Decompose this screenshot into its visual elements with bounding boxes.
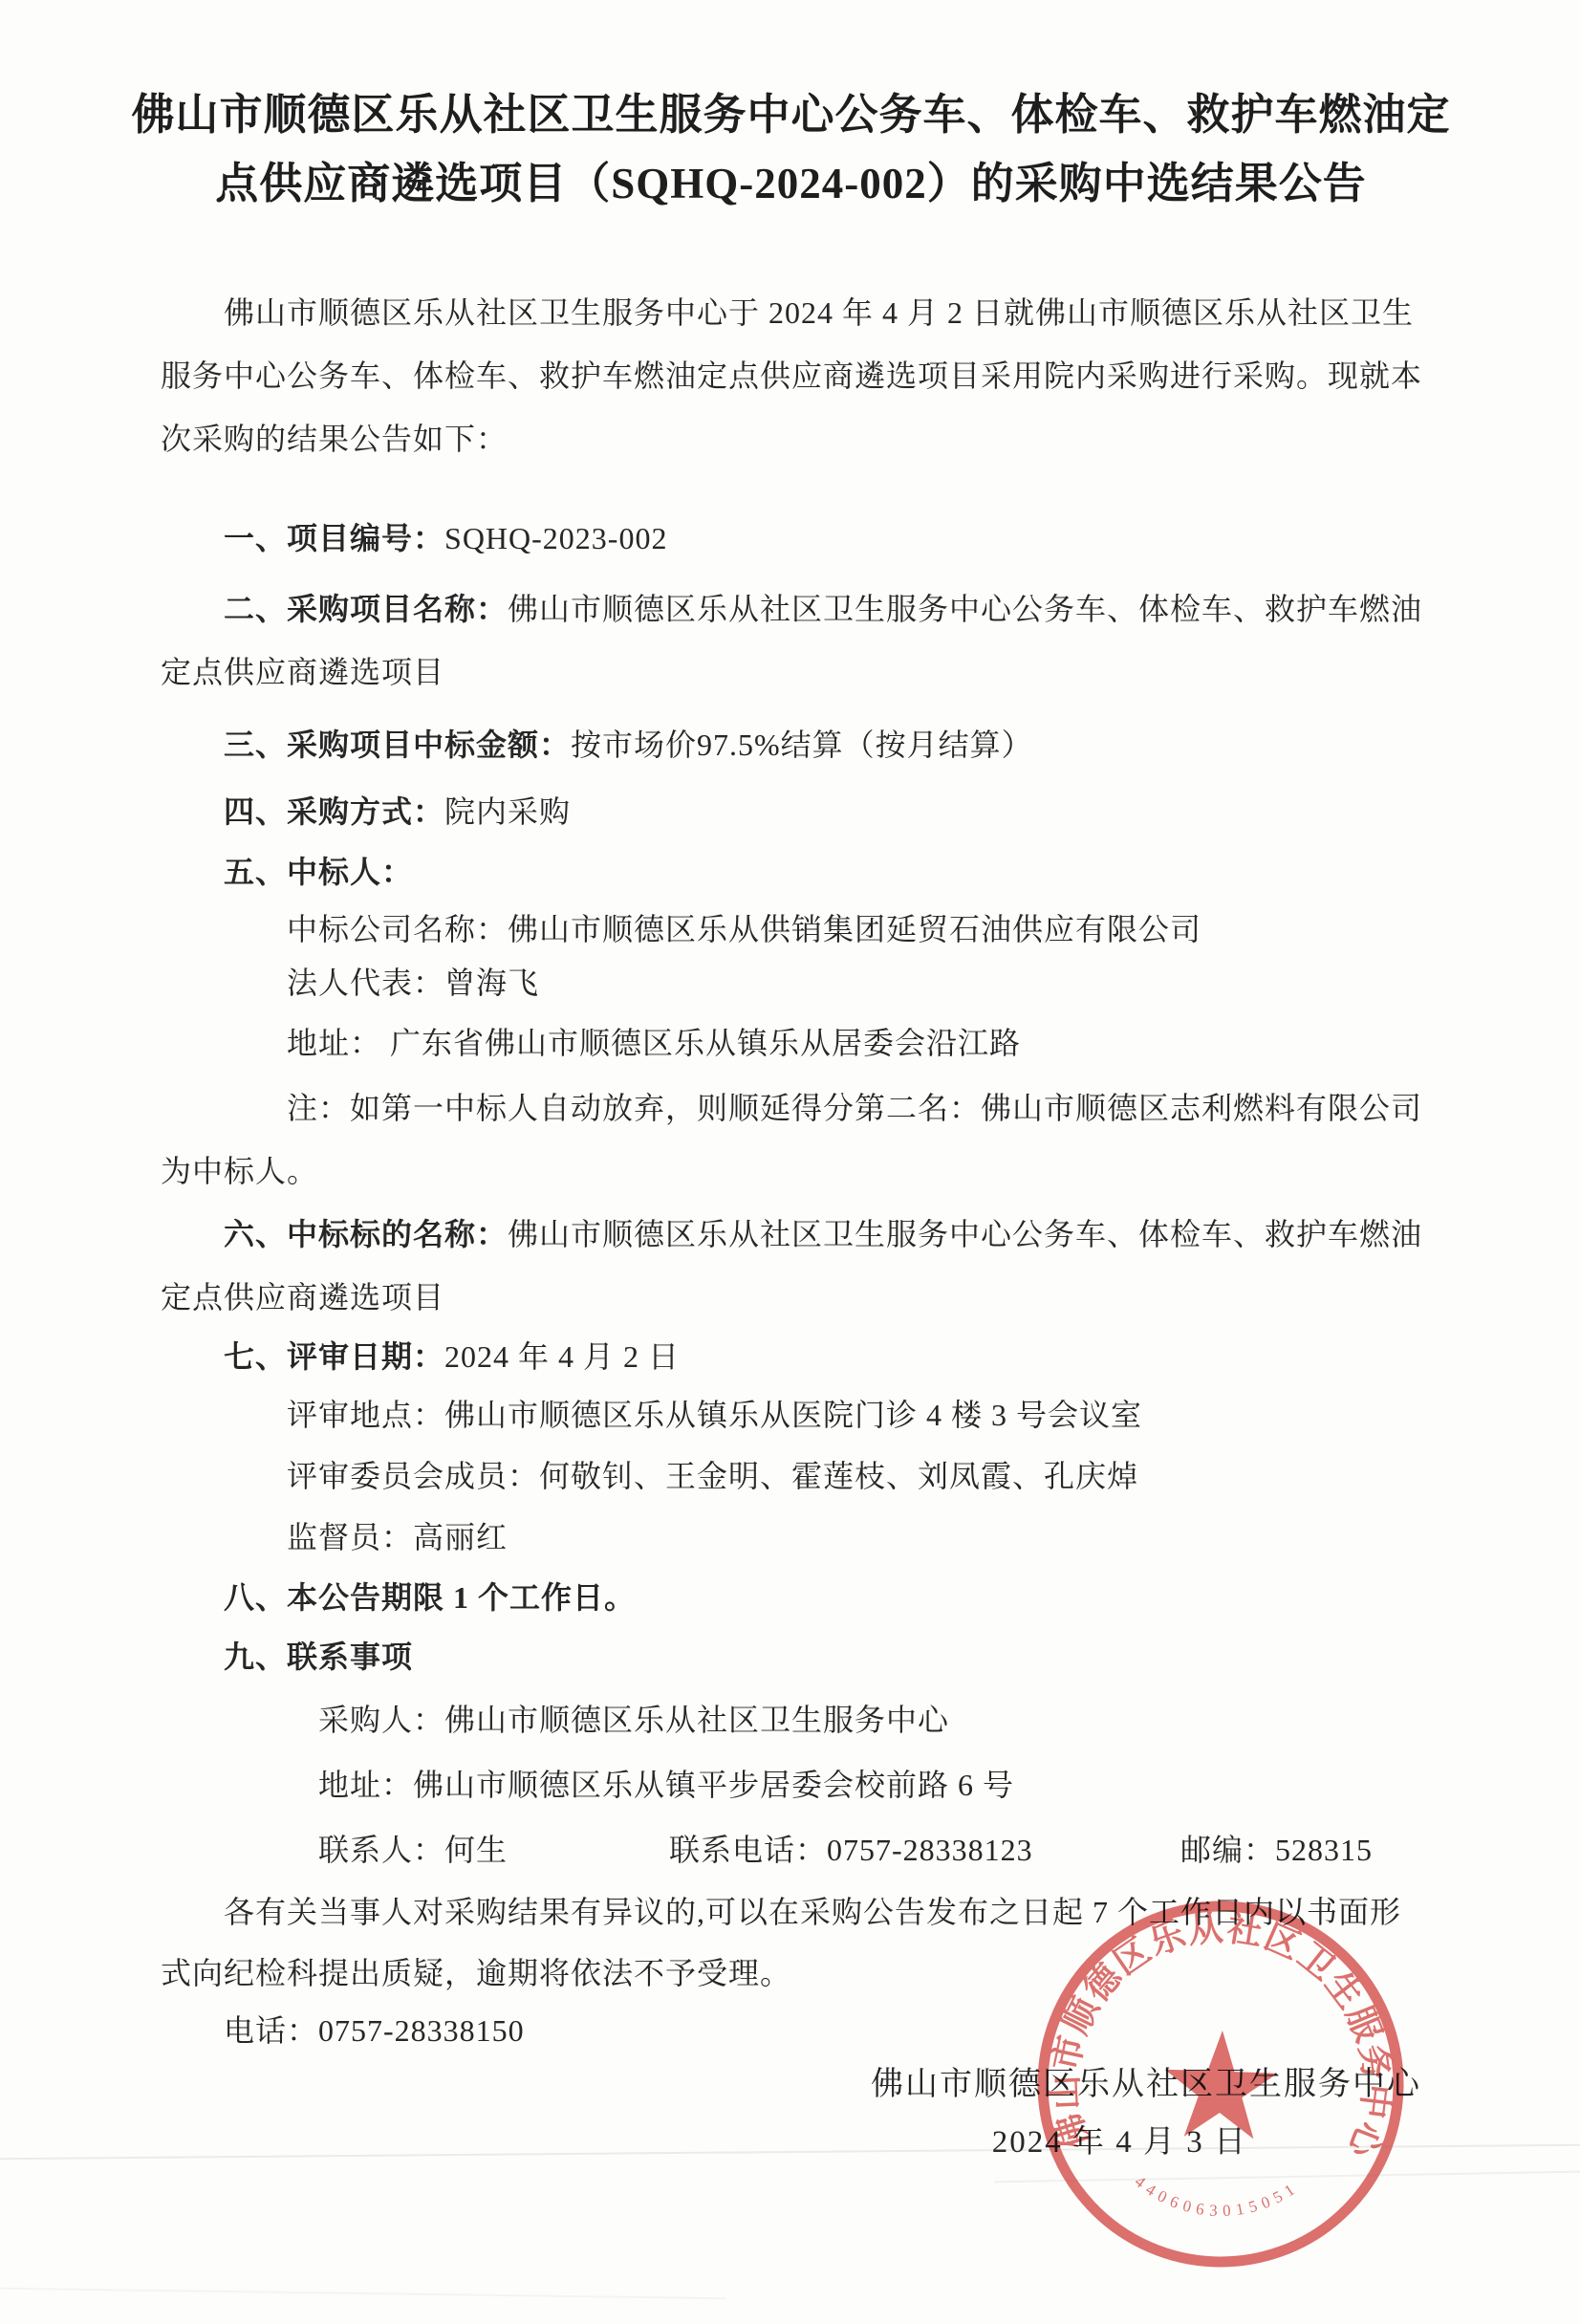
item-label: 五、中标人： (224, 855, 413, 889)
item-value: 佛山市顺德区乐从社区卫生服务中心公务车、体检车、救护车燃油 (508, 1217, 1422, 1251)
title-line-2: 点供应商遴选项目（SQHQ-2024-002）的采购中选结果公告 (118, 149, 1464, 218)
winner-address-block: 地址： 广东省佛山市顺德区乐从镇乐从居委会沿江路 (161, 1011, 1421, 1075)
item-announcement-period: 八、本公告期限 1 个工作日。 (161, 1568, 1421, 1627)
intro-line: 次采购的结果公告如下： (161, 407, 1421, 470)
document-page: 佛山市顺德区乐从社区卫生服务中心公务车、体检车、救护车燃油定 点供应商遴选项目（… (0, 0, 1580, 2324)
signature-date: 2024 年 4 月 3 日 (161, 2120, 1421, 2164)
item-label: 九、联系事项 (224, 1640, 413, 1674)
review-committee: 评审委员会成员：何敬钊、王金明、霍莲枝、刘凤霞、孔庆焯 (161, 1445, 1421, 1507)
item-value: 按市场价97.5%结算（按月结算） (571, 728, 1033, 762)
item-value: SQHQ-2023-002 (444, 521, 667, 555)
item-review-date: 七、评审日期：2024 年 4 月 2 日 (161, 1329, 1421, 1384)
item-value: 佛山市顺德区乐从社区卫生服务中心公务车、体检车、救护车燃油 (508, 592, 1422, 626)
item-project-name: 二、采购项目名称：佛山市顺德区乐从社区卫生服务中心公务车、体检车、救护车燃油 定… (161, 577, 1421, 704)
item-project-number: 一、项目编号：SQHQ-2023-002 (161, 507, 1421, 570)
review-supervisor: 监督员：高丽红 (161, 1507, 1421, 1568)
purchaser-address-block: 地址：佛山市顺德区乐从镇平步居委会校前路 6 号 (161, 1753, 1421, 1816)
contact-person: 联系人：何生 (318, 1818, 669, 1881)
review-place: 评审地点：佛山市顺德区乐从镇乐从医院门诊 4 楼 3 号会议室 (161, 1384, 1421, 1445)
item-contact-heading: 九、联系事项 (161, 1627, 1421, 1686)
item-label: 一、项目编号： (224, 521, 444, 555)
objection-line: 各有关当事人对采购结果有异议的,可以在采购公告发布之日起 7 个工作日内以书面形 (161, 1881, 1421, 1943)
intro-line: 佛山市顺德区乐从社区卫生服务中心于 2024 年 4 月 2 日就佛山市顺德区乐… (161, 281, 1421, 344)
item-label: 七、评审日期： (224, 1339, 444, 1374)
item-label: 六、中标标的名称： (224, 1217, 508, 1251)
title-line-1: 佛山市顺德区乐从社区卫生服务中心公务车、体检车、救护车燃油定 (118, 80, 1464, 149)
item-award-amount: 三、采购项目中标金额：按市场价97.5%结算（按月结算） (161, 713, 1421, 776)
winner-company: 中标公司名称：佛山市顺德区乐从供销集团延贸石油供应有限公司 (161, 902, 1421, 956)
winner-note-line: 为中标人。 (161, 1140, 1421, 1203)
purchaser-address: 地址：佛山市顺德区乐从镇平步居委会校前路 6 号 (161, 1753, 1421, 1816)
objection-paragraph: 各有关当事人对采购结果有异议的,可以在采购公告发布之日起 7 个工作日内以书面形… (161, 1881, 1421, 2004)
item-label: 四、采购方式： (224, 794, 444, 829)
item-value: 院内采购 (444, 794, 571, 829)
contact-postcode: 邮编：528315 (1180, 1833, 1373, 1867)
winner-note-block: 注：如第一中标人自动放弃，则顺延得分第二名：佛山市顺德区志利燃料有限公司 为中标… (161, 1076, 1421, 1203)
purchaser-line: 采购人：佛山市顺德区乐从社区卫生服务中心 (161, 1688, 1421, 1751)
item-label: 三、采购项目中标金额： (224, 728, 571, 762)
winner-legal-rep: 法人代表：曾海飞 (161, 956, 1421, 1010)
item-winner-heading: 五、中标人： (161, 843, 1421, 901)
objection-phone: 电话：0757-28338150 (161, 2004, 1421, 2057)
item-label: 八、本公告期限 1 个工作日。 (224, 1580, 636, 1615)
item-value: 2024 年 4 月 2 日 (444, 1339, 680, 1374)
contact-row: 联系人：何生联系电话：0757-28338123邮编：528315 (161, 1818, 1421, 1881)
purchaser-block: 采购人：佛山市顺德区乐从社区卫生服务中心 (161, 1688, 1421, 1751)
item-procurement-method: 四、采购方式：院内采购 (161, 780, 1421, 843)
item-value-continued: 定点供应商遴选项目 (161, 1266, 1421, 1329)
objection-phone-block: 电话：0757-28338150 (161, 2004, 1421, 2057)
item-label: 二、采购项目名称： (224, 592, 508, 626)
page-title: 佛山市顺德区乐从社区卫生服务中心公务车、体检车、救护车燃油定 点供应商遴选项目（… (118, 80, 1464, 218)
review-block: 评审地点：佛山市顺德区乐从镇乐从医院门诊 4 楼 3 号会议室 评审委员会成员：… (161, 1384, 1421, 1568)
item-value-continued: 定点供应商遴选项目 (161, 641, 1421, 704)
intro-line: 服务中心公务车、体检车、救护车燃油定点供应商遴选项目采用院内采购进行采购。现就本 (161, 344, 1421, 407)
item-award-subject: 六、中标标的名称：佛山市顺德区乐从社区卫生服务中心公务车、体检车、救护车燃油 定… (161, 1203, 1421, 1329)
contact-phone: 联系电话：0757-28338123 (669, 1818, 1180, 1881)
objection-line: 式向纪检科提出质疑，逾期将依法不予受理。 (161, 1943, 1421, 2004)
scan-artifact-line (994, 2171, 1580, 2183)
winner-address: 地址： 广东省佛山市顺德区乐从镇乐从居委会沿江路 (161, 1011, 1421, 1075)
winner-note-line: 注：如第一中标人自动放弃，则顺延得分第二名：佛山市顺德区志利燃料有限公司 (161, 1076, 1421, 1140)
winner-block: 中标公司名称：佛山市顺德区乐从供销集团延贸石油供应有限公司 法人代表：曾海飞 (161, 902, 1421, 1010)
signature-org: 佛山市顺德区乐从社区卫生服务中心 (161, 2063, 1421, 2107)
intro-paragraph: 佛山市顺德区乐从社区卫生服务中心于 2024 年 4 月 2 日就佛山市顺德区乐… (161, 281, 1421, 470)
scan-artifact-line (0, 2288, 726, 2300)
